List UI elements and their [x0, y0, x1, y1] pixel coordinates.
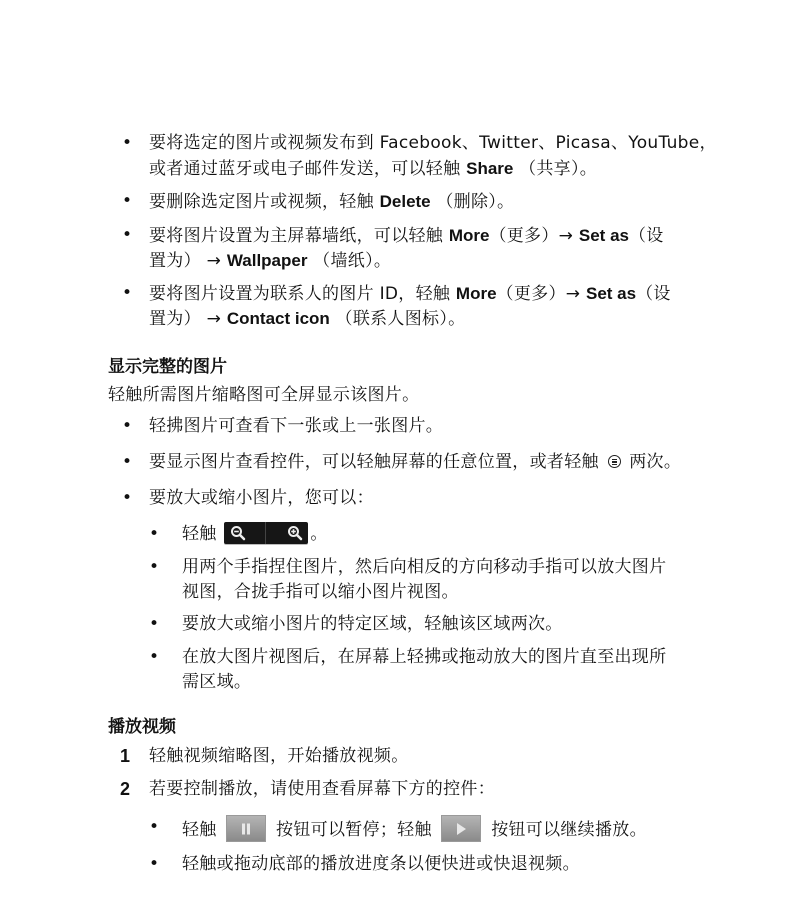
- divider: [265, 522, 266, 544]
- text: 按钮可以继续播放。: [491, 820, 647, 840]
- zoom-controls: [224, 522, 308, 544]
- text: （设: [629, 226, 664, 246]
- text: 要将图片设置为主屏幕墙纸，可以轻触: [149, 226, 449, 246]
- text: 置为） →: [149, 251, 227, 271]
- step-text: 若要控制播放，请使用查看屏幕下方的控件：: [149, 777, 495, 802]
- share-item-line: 或者通过蓝牙或电子邮件发送，可以轻触 Share （共享）。: [149, 156, 597, 182]
- menu-icon: [608, 455, 621, 468]
- bullet: •: [149, 815, 159, 840]
- text: （墙纸）。: [307, 251, 391, 271]
- zoom-in-icon: [287, 525, 303, 541]
- text: 要将选定的图片或视频发布到 Facebook、Twitter、Picasa、Yo…: [149, 133, 717, 153]
- delete-item-line: 要删除选定图片或视频，轻触 Delete （删除）。: [149, 189, 514, 215]
- bullet: •: [122, 450, 132, 475]
- section-heading-video: 播放视频: [108, 715, 176, 740]
- text: 轻触: [182, 820, 217, 840]
- step-number: 2: [120, 777, 130, 802]
- bullet: •: [149, 645, 159, 670]
- text: （共享）。: [513, 159, 597, 179]
- play-icon: [441, 815, 481, 842]
- bullet: •: [122, 131, 132, 156]
- text: 。: [310, 524, 327, 544]
- section-heading-full-image: 显示完整的图片: [108, 355, 227, 380]
- text: 或者通过蓝牙或电子邮件发送，可以轻触: [149, 159, 466, 179]
- contact-item-line: 置为） → Contact icon （联系人图标）。: [149, 306, 465, 332]
- manual-page: • 要将选定的图片或视频发布到 Facebook、Twitter、Picasa、…: [0, 0, 800, 906]
- bullet: •: [122, 281, 132, 306]
- more-label: More: [456, 284, 497, 303]
- bullet: •: [149, 522, 159, 547]
- sub-list-item: 轻触或拖动底部的播放进度条以便快进或快退视频。: [182, 852, 580, 877]
- text: 置为） →: [149, 309, 227, 329]
- text: 要删除选定图片或视频，轻触: [149, 192, 380, 212]
- wallpaper-item-line: 要将图片设置为主屏幕墙纸，可以轻触 More（更多）→ Set as（设: [149, 223, 664, 249]
- bullet: •: [149, 612, 159, 637]
- text: （设: [636, 284, 671, 304]
- contact-item-line: 要将图片设置为联系人的图片 ID，轻触 More（更多）→ Set as（设: [149, 281, 671, 307]
- text: （删除）。: [431, 192, 515, 212]
- share-item-line: 要将选定的图片或视频发布到 Facebook、Twitter、Picasa、Yo…: [149, 131, 717, 156]
- bullet: •: [122, 486, 132, 511]
- text: 两次。: [629, 452, 681, 472]
- pause-icon: [226, 815, 266, 842]
- sub-list-item: 需区域。: [182, 670, 251, 695]
- list-item: 轻拂图片可查看下一张或上一张图片。: [149, 414, 443, 439]
- share-label: Share: [466, 159, 513, 178]
- sub-list-item: 轻触 。: [182, 522, 328, 547]
- sub-list-item: 用两个手指捏住图片，然后向相反的方向移动手指可以放大图片: [182, 555, 666, 580]
- delete-label: Delete: [380, 192, 431, 211]
- contact-icon-label: Contact icon: [227, 309, 330, 328]
- text: （联系人图标）。: [330, 309, 466, 329]
- wallpaper-label: Wallpaper: [227, 251, 308, 270]
- bullet: •: [149, 555, 159, 580]
- wallpaper-item-line: 置为） → Wallpaper （墙纸）。: [149, 248, 391, 274]
- text: （更多）→: [497, 284, 586, 304]
- bullet: •: [149, 852, 159, 877]
- text: 轻触: [182, 524, 217, 544]
- sub-list-item: 要放大或缩小图片的特定区域，轻触该区域两次。: [182, 612, 563, 637]
- step-text: 轻触视频缩略图，开始播放视频。: [149, 744, 409, 769]
- text: 按钮可以暂停；轻触: [276, 820, 432, 840]
- set-as-label: Set as: [586, 284, 636, 303]
- more-label: More: [449, 226, 490, 245]
- text: （更多）→: [489, 226, 578, 246]
- list-item: 要放大或缩小图片，您可以：: [149, 486, 374, 511]
- bullet: •: [122, 223, 132, 248]
- text: 要将图片设置为联系人的图片 ID，轻触: [149, 284, 456, 304]
- sub-list-item: 轻触 按钮可以暂停；轻触 按钮可以继续播放。: [182, 815, 647, 843]
- step-number: 1: [120, 744, 130, 769]
- section-intro: 轻触所需图片缩略图可全屏显示该图片。: [108, 383, 419, 408]
- zoom-out-icon: [230, 525, 246, 541]
- sub-list-item: 在放大图片视图后，在屏幕上轻拂或拖动放大的图片直至出现所: [182, 645, 666, 670]
- bullet: •: [122, 414, 132, 439]
- text: 要显示图片查看控件，可以轻触屏幕的任意位置，或者轻触: [149, 452, 599, 472]
- bullet: •: [122, 189, 132, 214]
- set-as-label: Set as: [579, 226, 629, 245]
- sub-list-item: 视图，合拢手指可以缩小图片视图。: [182, 580, 459, 605]
- list-item: 要显示图片查看控件，可以轻触屏幕的任意位置，或者轻触 两次。: [149, 450, 681, 475]
